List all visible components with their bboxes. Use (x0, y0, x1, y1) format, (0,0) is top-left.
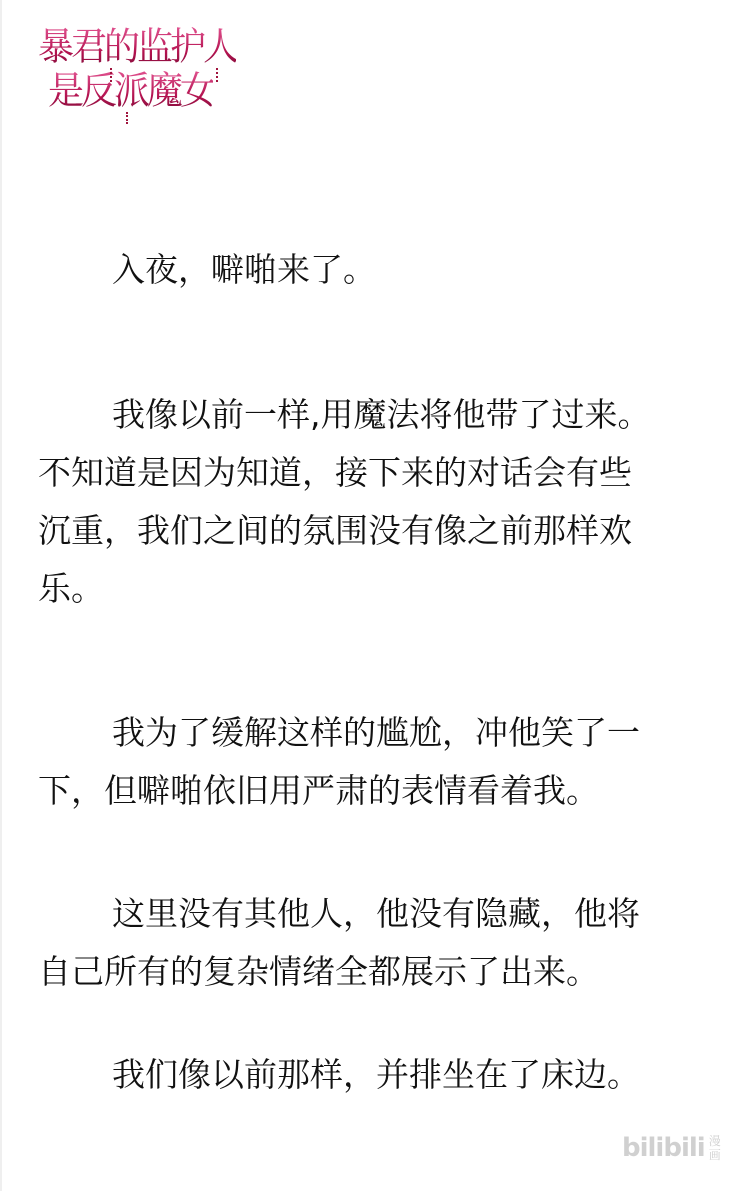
text-line: 下，但噼啪依旧用严肃的表情看着我。 (38, 762, 728, 820)
text-line: 我为了缓解这样的尴尬，冲他笑了一 (38, 704, 728, 762)
text-line: 乐。 (38, 560, 728, 618)
story-paragraph-1: 入夜，噼啪来了。 (38, 241, 728, 299)
logo-decoration-dots (126, 112, 130, 124)
text-line: 不知道是因为知道，接下来的对话会有些 (38, 444, 728, 502)
text-line: 沉重，我们之间的氛围没有像之前那样欢 (38, 502, 728, 560)
logo-decoration-dots (216, 68, 220, 82)
logo-title-line-1: 暴君的监护人 (38, 27, 236, 69)
story-paragraph-4: 这里没有其他人，他没有隐藏，他将 自己所有的复杂情绪全都展示了出来。 (38, 885, 728, 1001)
watermark-brand: bilibili (622, 1133, 705, 1163)
watermark-sub-bottom: 画 (709, 1148, 720, 1162)
page-left-border (0, 0, 2, 1191)
text-line: 这里没有其他人，他没有隐藏，他将 (38, 885, 728, 943)
text-line: 我像以前一样,用魔法将他带了过来。 (38, 386, 728, 444)
logo-title-line-2: 是反派魔女 (48, 71, 213, 113)
text-line: 入夜，噼啪来了。 (38, 241, 728, 299)
watermark-sub-top: 漫 (709, 1134, 720, 1148)
story-paragraph-5: 我们像以前那样，并排坐在了床边。 (38, 1046, 728, 1104)
story-paragraph-2: 我像以前一样,用魔法将他带了过来。 不知道是因为知道，接下来的对话会有些 沉重，… (38, 386, 728, 618)
watermark-sub: 漫 画 (709, 1134, 720, 1162)
story-paragraph-3: 我为了缓解这样的尴尬，冲他笑了一 下，但噼啪依旧用严肃的表情看着我。 (38, 704, 728, 820)
text-line: 我们像以前那样，并排坐在了床边。 (38, 1046, 728, 1104)
text-line: 自己所有的复杂情绪全都展示了出来。 (38, 943, 728, 1001)
comic-title-logo: 暴君的监护人 是反派魔女 (38, 28, 268, 128)
logo-decoration-dots (110, 68, 114, 82)
bilibili-comics-watermark: bilibili 漫 画 (622, 1128, 732, 1168)
